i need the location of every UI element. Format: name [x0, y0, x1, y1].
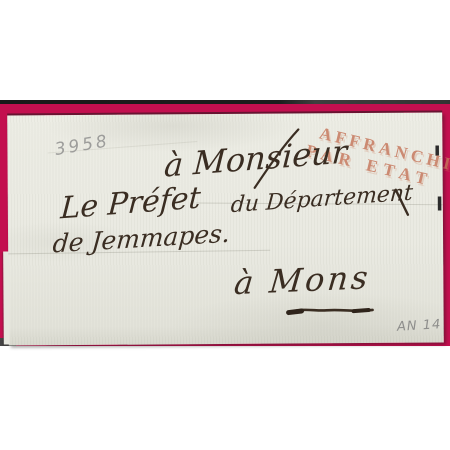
scan-edge-strip — [0, 100, 450, 104]
address-department-line: du Département — [230, 181, 414, 219]
scanned-image: 3958 AFFRANCHI PAR ETAT à Monsieur Le Pr… — [0, 0, 450, 450]
pencil-year-note: AN 14 — [397, 317, 442, 335]
address-recipient: Le Préfet — [60, 180, 202, 226]
underline-flourish — [289, 309, 373, 312]
paper-fold-flap — [3, 252, 10, 345]
photo-crimson-mat: 3958 AFFRANCHI PAR ETAT à Monsieur Le Pr… — [0, 100, 450, 346]
letter-paper: 3958 AFFRANCHI PAR ETAT à Monsieur Le Pr… — [7, 112, 444, 345]
underline-flourish-blob — [354, 310, 369, 311]
address-destination-city: à Mons — [232, 258, 372, 302]
address-salutation: à Monsieur — [163, 132, 348, 184]
pencil-lot-number: 3958 — [53, 131, 111, 160]
underline-flourish-blob — [289, 311, 302, 313]
